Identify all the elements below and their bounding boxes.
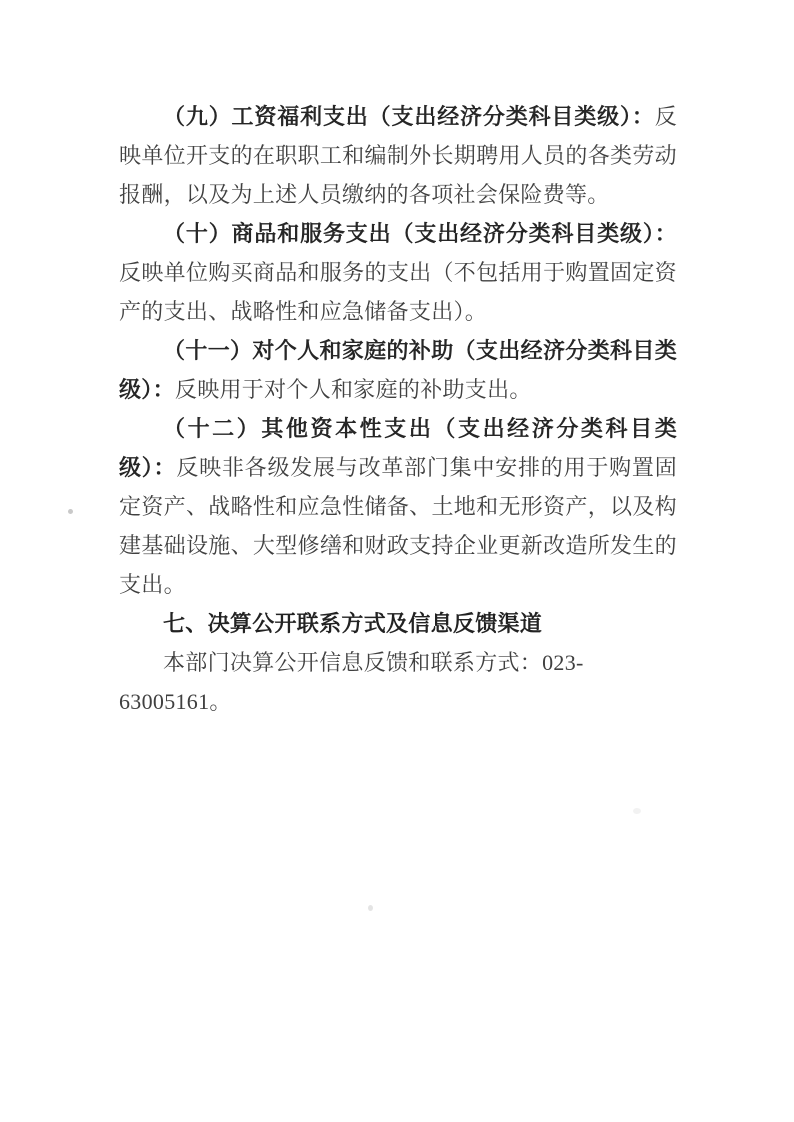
paragraph-9-label: （九）工资福利支出（支出经济分类科目类级）： bbox=[163, 104, 655, 129]
document-content: （九）工资福利支出（支出经济分类科目类级）：反映单位开支的在职职工和编制外长期聘… bbox=[119, 97, 677, 721]
scan-speck bbox=[68, 509, 73, 514]
scan-speck bbox=[368, 905, 373, 911]
section-heading: 七、决算公开联系方式及信息反馈渠道 bbox=[119, 604, 677, 643]
paragraph-11-body: 反映用于对个人和家庭的补助支出。 bbox=[175, 377, 532, 402]
paragraph-item-10: （十）商品和服务支出（支出经济分类科目类级）：反映单位购买商品和服务的支出（不包… bbox=[119, 214, 677, 331]
paragraph-10-label: （十）商品和服务支出（支出经济分类科目类级）： bbox=[163, 221, 677, 246]
document-page: （九）工资福利支出（支出经济分类科目类级）：反映单位开支的在职职工和编制外长期聘… bbox=[0, 0, 794, 1122]
paragraph-item-9: （九）工资福利支出（支出经济分类科目类级）：反映单位开支的在职职工和编制外长期聘… bbox=[119, 97, 677, 214]
paragraph-12-body: 反映非各级发展与改革部门集中安排的用于购置固定资产、战略性和应急性储备、土地和无… bbox=[119, 455, 677, 597]
paragraph-item-11: （十一）对个人和家庭的补助（支出经济分类科目类级）：反映用于对个人和家庭的补助支… bbox=[119, 331, 677, 409]
contact-line: 本部门决算公开信息反馈和联系方式：023-63005161。 bbox=[119, 643, 677, 721]
scan-speck bbox=[633, 808, 641, 814]
paragraph-10-body: 反映单位购买商品和服务的支出（不包括用于购置固定资产的支出、战略性和应急储备支出… bbox=[119, 260, 677, 324]
paragraph-item-12: （十二）其他资本性支出（支出经济分类科目类级）：反映非各级发展与改革部门集中安排… bbox=[119, 409, 677, 604]
